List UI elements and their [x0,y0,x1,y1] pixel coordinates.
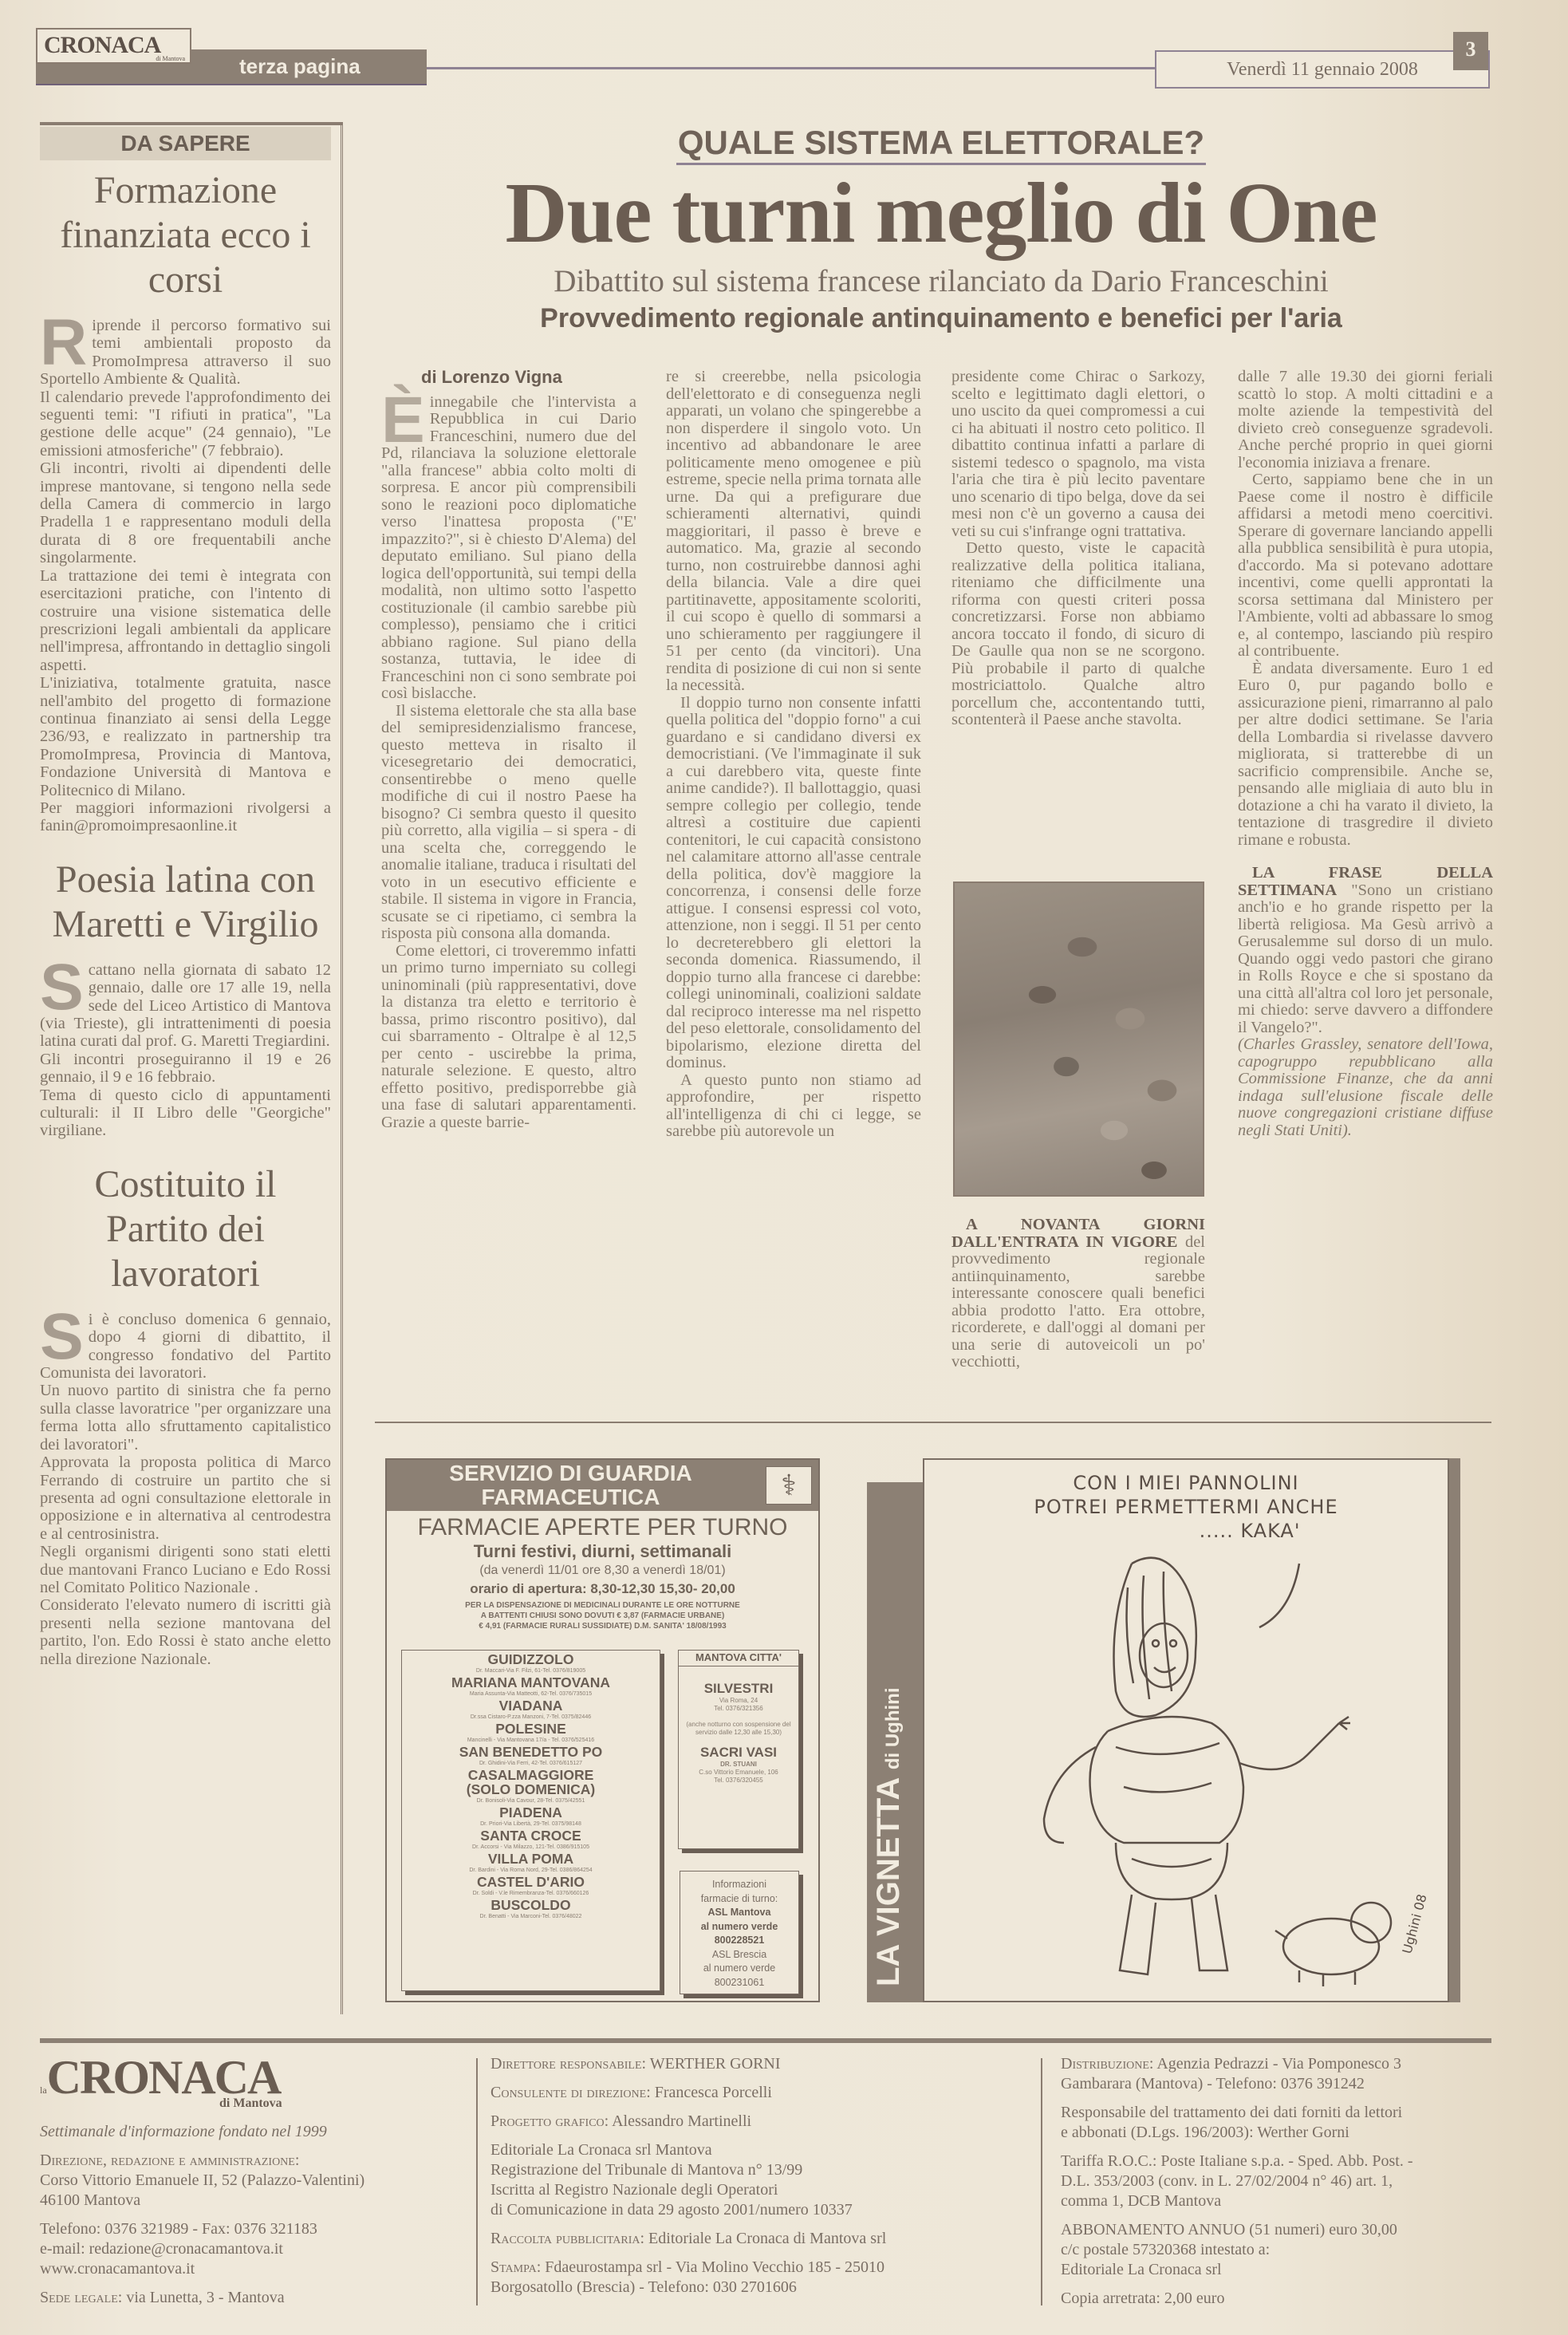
postal-info: D.L. 353/2003 (conv. in L. 27/02/2004 n°… [1061,2171,1523,2191]
info-line: al numero verde [701,1921,778,1932]
value: WERTHER GORNI [646,2055,780,2073]
pharmacy-header-line: SERVIZIO DI GUARDIA [387,1461,754,1485]
paragraph: Gli incontri, rivolti ai dipendenti dell… [40,460,331,566]
pharmacy-town: GUIDIZZOLO [402,1652,660,1666]
city-label: MANTOVA CITTA' [679,1651,798,1666]
cartoon-drawing-icon: Ughini 08 [924,1460,1451,2004]
pharmacy-header: SERVIZIO DI GUARDIA FARMACEUTICA [387,1460,818,1511]
vignetta-title: LA VIGNETTA [871,1778,906,1986]
cartoon-frame: CON I MIEI PANNOLINI POTREI PERMETTERMI … [923,1458,1449,2002]
value: Fdaeurostampa srl - Via Molino Vecchio 1… [541,2258,884,2276]
subscription-info: Editoriale La Cronaca srl [1061,2260,1523,2280]
paragraph: Considerato l'elevato numero di iscritti… [40,1596,331,1668]
masthead-logo-sub: di Mantova [156,56,185,62]
website-link[interactable]: www.cronacamantova.it [40,2259,471,2279]
phone: Telefono: 0376 321989 - Fax: 0376 321183 [40,2219,471,2239]
paragraph: del provvedimento regionale antiinquinam… [951,1233,1205,1371]
kicker-text: QUALE SISTEMA ELETTORALE? [676,124,1206,165]
address: Corso Vittorio Emanuele II, 52 (Palazzo-… [40,2171,471,2191]
paragraph: Il sistema elettorale che sta alla base … [381,703,636,943]
address: via Lunetta, 3 - Mantova [122,2289,284,2306]
pharmacy-town: SANTA CROCE [402,1828,660,1843]
label: Direzione, redazione e amministrazione: [40,2151,471,2171]
pharmacy-info-box: Informazioni farmacie di turno: ASL Mant… [680,1871,799,1994]
pharmacy-name: SACRI VASI [679,1745,798,1761]
paragraph: Negli organismi dirigenti sono stati ele… [40,1543,331,1596]
pharmacy-phone: Tel. 0376/320455 [679,1777,798,1785]
info-line: Informazioni [680,1878,798,1892]
paragraph: L'iniziativa, totalmente gratuita, nasce… [40,674,331,799]
pharmacy-box: SERVIZIO DI GUARDIA FARMACEUTICA ⚕ FARMA… [385,1458,820,2002]
paragraph: A questo punto non stiamo ad approfondir… [666,1072,921,1141]
publisher-info: Registrazione del Tribunale di Mantova n… [490,2160,1033,2180]
dropcap: È [381,396,425,445]
value: Francesca Porcelli [651,2084,772,2101]
vignetta-label: LA VIGNETTA di Ughini [871,1476,907,1986]
sidebar-article-partito: Costituito il Partito dei lavoratori Si … [40,1162,331,1668]
publisher-info: Editoriale La Cronaca srl Mantova [490,2140,1033,2160]
pharmacy-doctor: DR. STUANI [679,1761,798,1769]
info-line: ASL Mantova [708,1907,771,1918]
article-title: Costituito il Partito dei lavoratori [40,1162,331,1296]
privacy-info: Responsabile del trattamento dei dati fo… [1061,2103,1523,2123]
pharmacy-header-line: FARMACEUTICA [387,1485,754,1509]
mantova-city-pharmacies: MANTOVA CITTA' SILVESTRI Via Roma, 24 Te… [678,1650,799,1849]
info-line: ASL Brescia [680,1948,798,1962]
sidebar-article-formazione: Formazione finanziata ecco i corsi Ripre… [40,168,331,835]
paragraph: Un nuovo partito di sinistra che fa pern… [40,1382,331,1453]
value: Editoriale La Cronaca di Mantova srl [644,2230,886,2247]
pharmacy-phone: Tel. 0376/321356 [679,1705,798,1713]
tagline: Settimanale d'informazione fondato nel 1… [40,2122,471,2142]
section-divider [375,1422,1491,1423]
info-line: farmacie di turno: [680,1892,798,1907]
quote-text: "Sono un cristiano anch'io e ho grande r… [1238,882,1493,1036]
asl-brescia-number: 800231061 [680,1976,798,1990]
email-link[interactable]: e-mail: redazione@cronacamantova.it [40,2239,471,2259]
footer-divider [1041,2058,1042,2305]
paragraph: i è concluso domenica 6 gennaio, dopo 4 … [40,1311,331,1382]
label: Stampa: [490,2258,541,2276]
paragraph: re si creerebbe, nella psicologia dell'e… [666,369,921,695]
pharmacy-town: VILLA POMA [402,1852,660,1866]
paragraph: dalle 7 alle 19.30 dei giorni feriali sc… [1238,369,1493,471]
label: Raccolta pubblicitaria: [490,2230,644,2247]
masthead-logo: CRONACA di Mantova [36,28,191,64]
masthead-la: la [40,2085,47,2096]
pharmacy-town: POLESINE [402,1722,660,1736]
pharmacy-note: PER LA DISPENSAZIONE DI MEDICINALI DURAN… [387,1600,818,1611]
paragraph: Approvata la proposta politica di Marco … [40,1453,331,1543]
pharmacy-title: FARMACIE APERTE PER TURNO [387,1514,818,1541]
article-column-3b: A NOVANTA GIORNI DALL'ENTRATA IN VIGORE … [951,1217,1205,1371]
caduceus-icon: ⚕ [766,1466,812,1505]
pharmacy-subtitle: Turni festivi, diurni, settimanali [387,1541,818,1562]
footer-masthead: laCRONACA di Mantova [40,2050,375,2105]
paragraph: Tema di questo ciclo di appuntamenti cul… [40,1087,331,1140]
value: Gambarara (Mantova) - Telefono: 0376 391… [1061,2074,1523,2094]
paragraph: È andata diversamente. Euro 1 ed Euro 0,… [1238,661,1493,850]
dropcap: S [40,1312,84,1362]
paragraph: Gli incontri proseguiranno il 19 e 26 ge… [40,1051,331,1087]
issue-date: Venerdì 11 gennaio 2008 [1155,50,1490,89]
postal-info: Tariffa R.O.C.: Poste Italiane s.p.a. - … [1061,2152,1523,2171]
publisher-info: Iscritta al Registro Nazionale degli Ope… [490,2180,1033,2200]
paragraph: Come elettori, ci troveremmo infatti un … [381,943,636,1132]
article-title: Formazione finanziata ecco i corsi [40,168,331,302]
pharmacy-note: A BATTENTI CHIUSI SONO DOVUTI € 3,87 (FA… [387,1611,818,1621]
lead-in: A NOVANTA GIORNI DALL'ENTRATA IN VIGORE [951,1216,1205,1251]
masthead-city: di Mantova [219,2096,282,2111]
pharmacy-address: Dr. Benatti - Via Marconi-Tel. 0376/4802… [402,1912,660,1921]
privacy-info: e abbonati (D.Lgs. 196/2003): Werther Go… [1061,2123,1523,2143]
label: Direttore responsabile: [490,2055,646,2073]
article-column-2: re si creerebbe, nella psicologia dell'e… [666,369,921,1141]
pharmacy-town: PIADENA [402,1805,660,1820]
value: Borgosatollo (Brescia) - Telefono: 030 2… [490,2278,1033,2298]
quote-source: (Charles Grassley, senatore dell'Iowa, c… [1238,1036,1493,1139]
dropcap: S [40,963,84,1012]
label: Progetto grafico: [490,2112,609,2130]
article-column-3: presidente come Chirac o Sarkozy, scelto… [951,369,1205,729]
article-title: Poesia latina con Maretti e Virgilio [40,858,331,947]
value: Agenzia Pedrazzi - Via Pomponesco 3 [1153,2055,1401,2073]
footer-colophon-2: Direttore responsabile: WERTHER GORNI Co… [490,2054,1033,2298]
pharmacy-town: SAN BENEDETTO PO [402,1745,660,1759]
postal-info: comma 1, DCB Mantova [1061,2191,1523,2211]
paragraph: Il doppio turno non consente infatti que… [666,695,921,1072]
pharmacy-town: VIADANA [402,1698,660,1713]
address: 46100 Mantova [40,2191,471,2211]
sidebar-da-sapere: DA SAPERE Formazione finanziata ecco i c… [40,124,343,2014]
masthead-logo-text: CRONACA [44,32,160,58]
subheadline-secondary: Provvedimento regionale antinquinamento … [375,303,1507,334]
paragraph: cattano nella giornata di sabato 12 genn… [40,961,331,1051]
pharmacy-dates: (da venerdì 11/01 ore 8,30 a venerdì 18/… [387,1564,818,1578]
subscription-info: c/c postale 57320368 intestato a: [1061,2240,1523,2260]
pharmacy-town: CASTEL D'ARIO [402,1875,660,1889]
footer-divider [476,2058,478,2305]
dropcap: R [40,318,87,368]
publisher-info: di Comunicazione in data 29 agosto 2001/… [490,2200,1033,2220]
headline: Due turni meglio di One [375,166,1507,262]
footer-rule [40,2038,1491,2043]
pharmacy-note: € 4,91 (FARMACIE RURALI SUSSIDIATE) D.M.… [387,1621,818,1631]
label: Distribuzione: [1061,2055,1153,2073]
paragraph: Certo, sappiamo bene che in un Paese com… [1238,471,1493,661]
sidebar-label: DA SAPERE [40,127,331,160]
asl-mantova-number: 800228521 [715,1935,765,1946]
pharmacy-list: GUIDIZZOLO Dr. Maccari-Via F. Filzi, 61-… [401,1650,660,1991]
paragraph: Il calendario prevede l'approfondimento … [40,389,331,460]
paragraph: presidente come Chirac o Sarkozy, scelto… [951,369,1205,540]
label: Consulente di direzione: [490,2084,651,2101]
back-issue-price: Copia arretrata: 2,00 euro [1061,2289,1523,2309]
paragraph: La trattazione dei temi è integrata con … [40,567,331,674]
pharmacy-town: MARIANA MANTOVANA [402,1675,660,1690]
page-number: 3 [1453,32,1488,70]
header-rule [427,67,1156,69]
pharmacy-name: SILVESTRI [679,1681,798,1697]
value: Alessandro Martinelli [609,2112,751,2130]
article-column-4: dalle 7 alle 19.30 dei giorni feriali sc… [1238,369,1493,1139]
article-column-1: di Lorenzo Vigna Èinnegabile che l'inter… [381,369,636,1131]
info-line: al numero verde [680,1962,798,1976]
sidebar-article-poesia: Poesia latina con Maretti e Virgilio Sca… [40,858,331,1140]
subscription-info: ABBONAMENTO ANNUO (51 numeri) euro 30,00 [1061,2220,1523,2240]
section-label: terza pagina [239,54,360,79]
pharmacy-town: (SOLO DOMENICA) [402,1782,660,1797]
cartoon-signature: Ughini 08 [1400,1892,1430,1955]
label: Sede legale: [40,2289,122,2306]
subheadline: Dibattito sul sistema francese rilanciat… [375,263,1507,299]
footer-colophon-1: Settimanale d'informazione fondato nel 1… [40,2122,471,2308]
footer-colophon-3: Distribuzione: Agenzia Pedrazzi - Via Po… [1061,2054,1523,2309]
contact-email: Per maggiori informazioni rivolgersi a f… [40,799,331,835]
paragraph: Detto questo, viste le capacità realizza… [951,540,1205,729]
pharmacy-address: C.so Vittorio Emanuele, 106 [679,1769,798,1777]
pharmacy-town: BUSCOLDO [402,1898,660,1912]
pharmacy-address: Via Roma, 24 [679,1697,798,1705]
kicker: QUALE SISTEMA ELETTORALE? [375,124,1507,162]
pharmacy-note: (anche notturno con sospensione del serv… [679,1721,798,1737]
pharmacy-hours: orario di apertura: 8,30-12,30 15,30- 20… [387,1581,818,1597]
pharmacy-town: CASALMAGGIORE [402,1768,660,1782]
traffic-photo [953,882,1204,1197]
vignetta-author: di Ughini [882,1687,904,1769]
